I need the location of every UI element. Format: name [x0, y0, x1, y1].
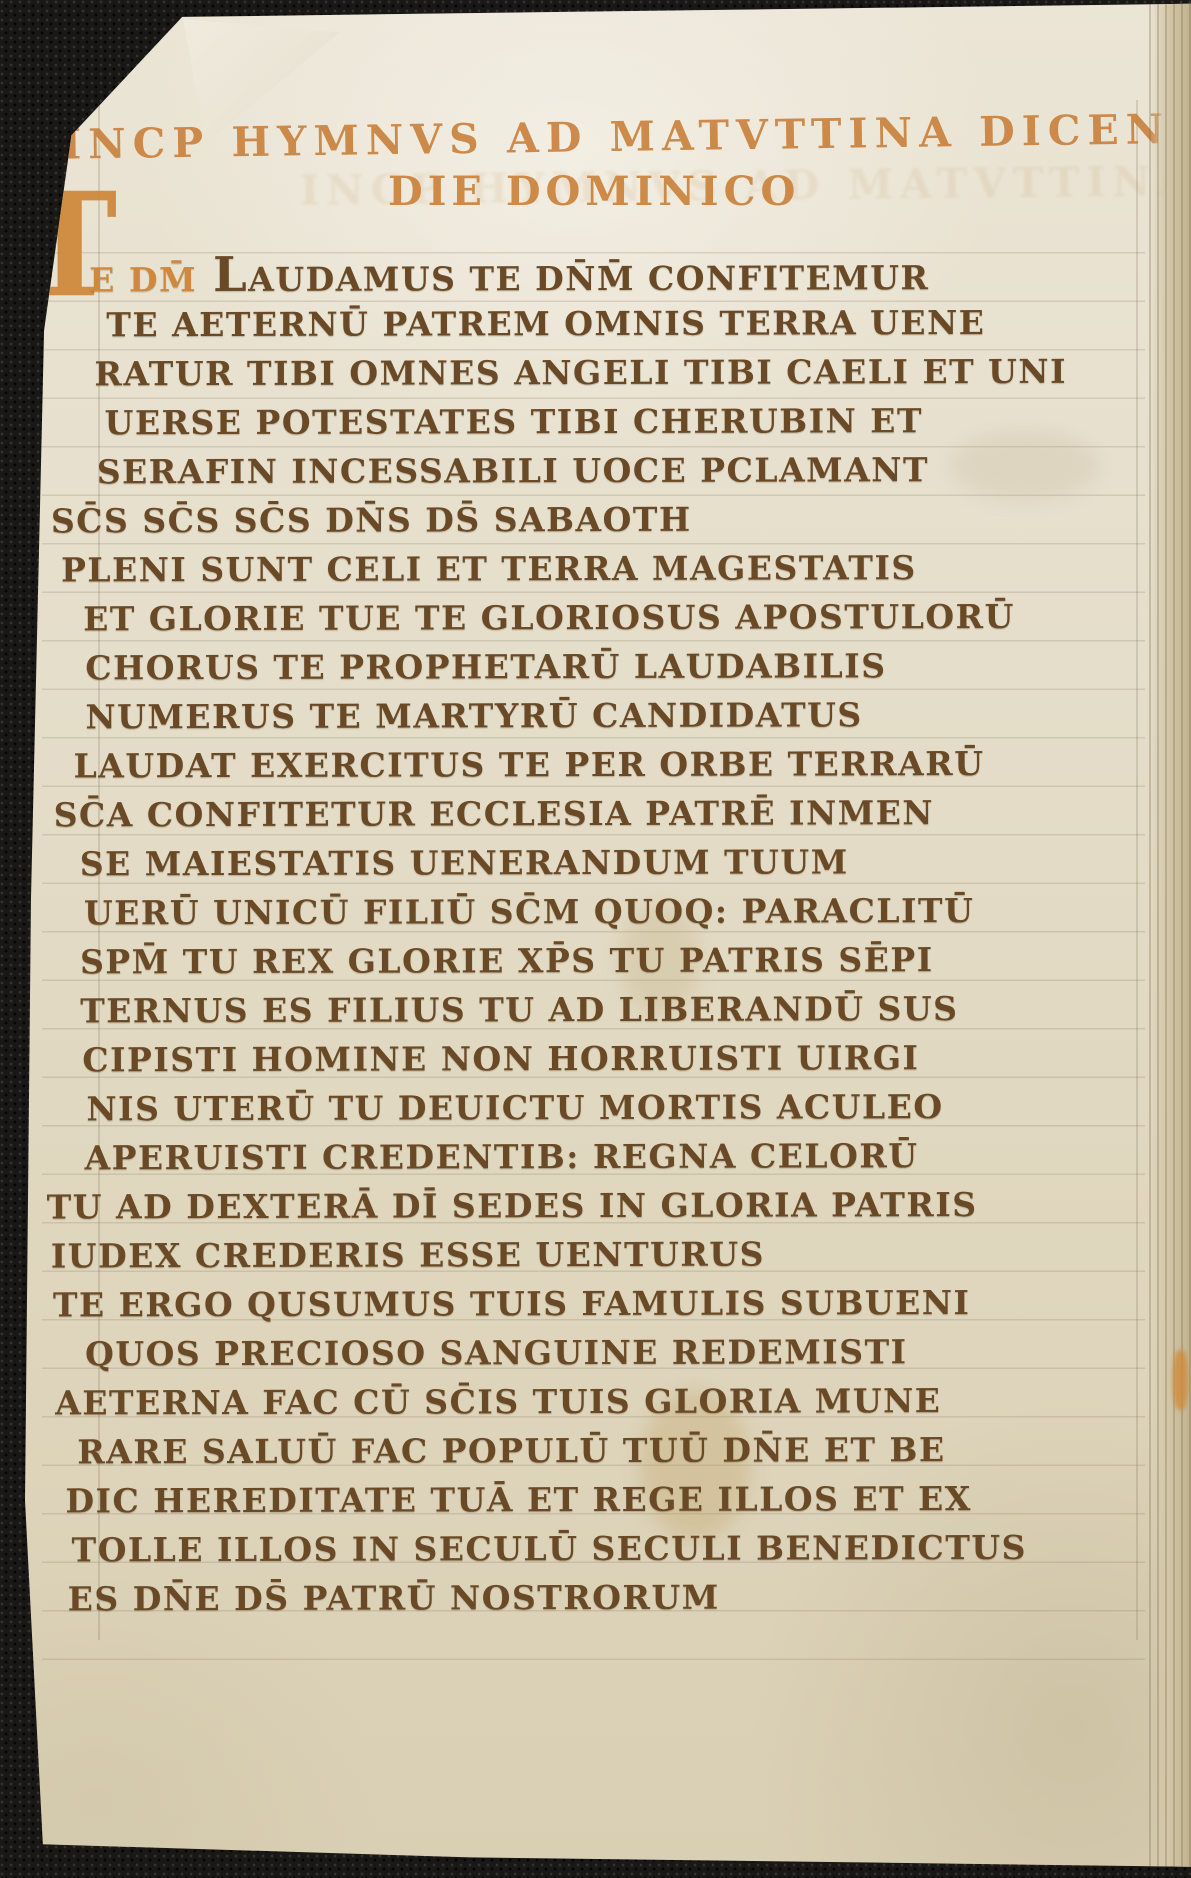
line-text: IUDEX CREDERIS ESSE UENTURUS: [51, 1235, 765, 1276]
text-line: APERUISTI CREDENTIB: REGNA CELORŪ: [85, 1131, 1158, 1183]
line-text: CHORUS TE PROPHETARŪ LAUDABILIS: [85, 646, 886, 687]
line-text: TU AD DEXTERĀ DĪ SEDES IN GLORIA PATRIS: [47, 1185, 978, 1226]
line-text: TE ERGO QUSUMUS TUIS FAMULIS SUBUENI: [53, 1283, 971, 1324]
text-line: CHORUS TE PROPHETARŪ LAUDABILIS: [85, 641, 1156, 693]
rubric-die-dominico: DIE DOMINICO: [388, 168, 800, 215]
line-text: SPM̄ TU REX GLORIE XP̄S TU PATRIS SĒPI: [80, 940, 934, 981]
line-text: UERSE POTESTATES TIBI CHERUBIN ET: [105, 401, 923, 442]
text-line: CIPISTI HOMINE NON HORRUISTI UIRGI: [82, 1033, 1157, 1085]
line-text: TOLLE ILLOS IN SECULŪ SECULI BENEDICTUS: [72, 1528, 1027, 1570]
text-line: SE MAIESTATIS UENERANDUM TUUM: [80, 837, 1157, 889]
text-line: ET GLORIE TUE TE GLORIOSUS APOSTULORŪ: [83, 592, 1156, 644]
text-line: ES DN̄E DS̄ PATRŪ NOSTRORUM: [68, 1572, 1159, 1624]
line-text: SERAFIN INCESSABILI UOCE PCLAMANT: [97, 450, 929, 491]
line-text: LAUDAT EXERCITUS TE PER ORBE TERRARŪ: [74, 744, 985, 785]
line-text: APERUISTI CREDENTIB: REGNA CELORŪ: [85, 1136, 919, 1177]
text-line: RATUR TIBI OMNES ANGELI TIBI CAELI ET UN…: [94, 347, 1155, 399]
text-line: NIS UTERŪ TU DEUICTU MORTIS ACULEO: [86, 1082, 1157, 1134]
line-text: ES DN̄E DS̄ PATRŪ NOSTRORUM: [68, 1578, 720, 1619]
line-text: ET GLORIE TUE TE GLORIOSUS APOSTULORŪ: [83, 597, 1015, 638]
te-deum-text-block: E DM̄LAUDAMUS TE DN̄M̄ CONFITEMUR TE AET…: [44, 249, 1159, 1624]
line-text: QUOS PRECIOSO SANGUINE REDEMISTI: [85, 1332, 908, 1373]
text-line: AETERNA FAC CŪ SC̄IS TUIS GLORIA MUNE: [55, 1376, 1158, 1428]
line-text: SC̄A CONFITETUR ECCLESIA PATRĒ INMEN: [54, 793, 934, 834]
line-text: RATUR TIBI OMNES ANGELI TIBI CAELI ET UN…: [94, 352, 1067, 394]
line-text: UERŪ UNICŪ FILIŪ SC̄M QUOQ: PARACLITŪ: [84, 891, 975, 932]
line-text: SC̄S SC̄S SC̄S DN̄S DS̄ SABAOTH: [51, 500, 692, 541]
line-text: RARE SALUŪ FAC POPULŪ TUŪ DN̄E ET BE: [77, 1430, 945, 1471]
text-line: DIC HEREDITATE TUĀ ET REGE ILLOS ET EX: [65, 1474, 1158, 1526]
text-line: SC̄S SC̄S SC̄S DN̄S DS̄ SABAOTH: [51, 494, 1156, 546]
line-text: NIS UTERŪ TU DEUICTU MORTIS ACULEO: [86, 1087, 943, 1128]
text-line: RARE SALUŪ FAC POPULŪ TUŪ DN̄E ET BE: [77, 1425, 1158, 1477]
incipit-prefix-orange: E DM̄: [89, 260, 197, 299]
text-line: QUOS PRECIOSO SANGUINE REDEMISTI: [85, 1327, 1158, 1379]
line-text: NUMERUS TE MARTYRŪ CANDIDATUS: [85, 695, 862, 736]
text-line: TU AD DEXTERĀ DĪ SEDES IN GLORIA PATRIS: [47, 1180, 1158, 1232]
line-text: CIPISTI HOMINE NON HORRUISTI UIRGI: [82, 1038, 919, 1079]
line-text: DIC HEREDITATE TUĀ ET REGE ILLOS ET EX: [65, 1479, 972, 1520]
line-text: PLENI SUNT CELI ET TERRA MAGESTATIS: [61, 548, 917, 589]
text-line: TERNUS ES FILIUS TU AD LIBERANDŪ SUS: [80, 984, 1157, 1036]
orange-pigment-smudge: [1173, 1350, 1188, 1410]
line-text: LAUDAMUS TE DN̄M̄ CONFITEMUR: [213, 249, 929, 304]
book-fore-edge-stack: [1149, 0, 1191, 1878]
line-text: TE AETERNŪ PATREM OMNIS TERRA UENE: [106, 303, 985, 344]
text-line: UERŪ UNICŪ FILIŪ SC̄M QUOQ: PARACLITŪ: [84, 886, 1157, 938]
manuscript-photo: INCP HYMNVS AD MATVTTINA DICENDVM INCP H…: [0, 0, 1191, 1878]
text-line: UERSE POTESTATES TIBI CHERUBIN ET: [105, 396, 1156, 448]
line-text: SE MAIESTATIS UENERANDUM TUUM: [80, 842, 849, 883]
text-line: E DM̄LAUDAMUS TE DN̄M̄ CONFITEMUR: [89, 249, 1155, 301]
text-line: TE AETERNŪ PATREM OMNIS TERRA UENE: [106, 298, 1155, 350]
text-line: TE ERGO QUSUMUS TUIS FAMULIS SUBUENI: [53, 1278, 1158, 1330]
text-line: SPM̄ TU REX GLORIE XP̄S TU PATRIS SĒPI: [80, 935, 1157, 987]
text-line: PLENI SUNT CELI ET TERRA MAGESTATIS: [61, 543, 1156, 595]
text-line: SERAFIN INCESSABILI UOCE PCLAMANT: [97, 445, 1156, 497]
text-line: NUMERUS TE MARTYRŪ CANDIDATUS: [85, 690, 1156, 742]
line-text: TERNUS ES FILIUS TU AD LIBERANDŪ SUS: [80, 989, 958, 1030]
text-line: SC̄A CONFITETUR ECCLESIA PATRĒ INMEN: [54, 788, 1157, 840]
parchment-page: INCP HYMNVS AD MATVTTINA DICENDVM INCP H…: [0, 0, 1191, 1878]
text-line: LAUDAT EXERCITUS TE PER ORBE TERRARŪ: [73, 739, 1156, 791]
text-line: IUDEX CREDERIS ESSE UENTURUS: [51, 1229, 1158, 1281]
line-text: AETERNA FAC CŪ SC̄IS TUIS GLORIA MUNE: [55, 1381, 941, 1422]
text-line: TOLLE ILLOS IN SECULŪ SECULI BENEDICTUS: [72, 1523, 1159, 1575]
